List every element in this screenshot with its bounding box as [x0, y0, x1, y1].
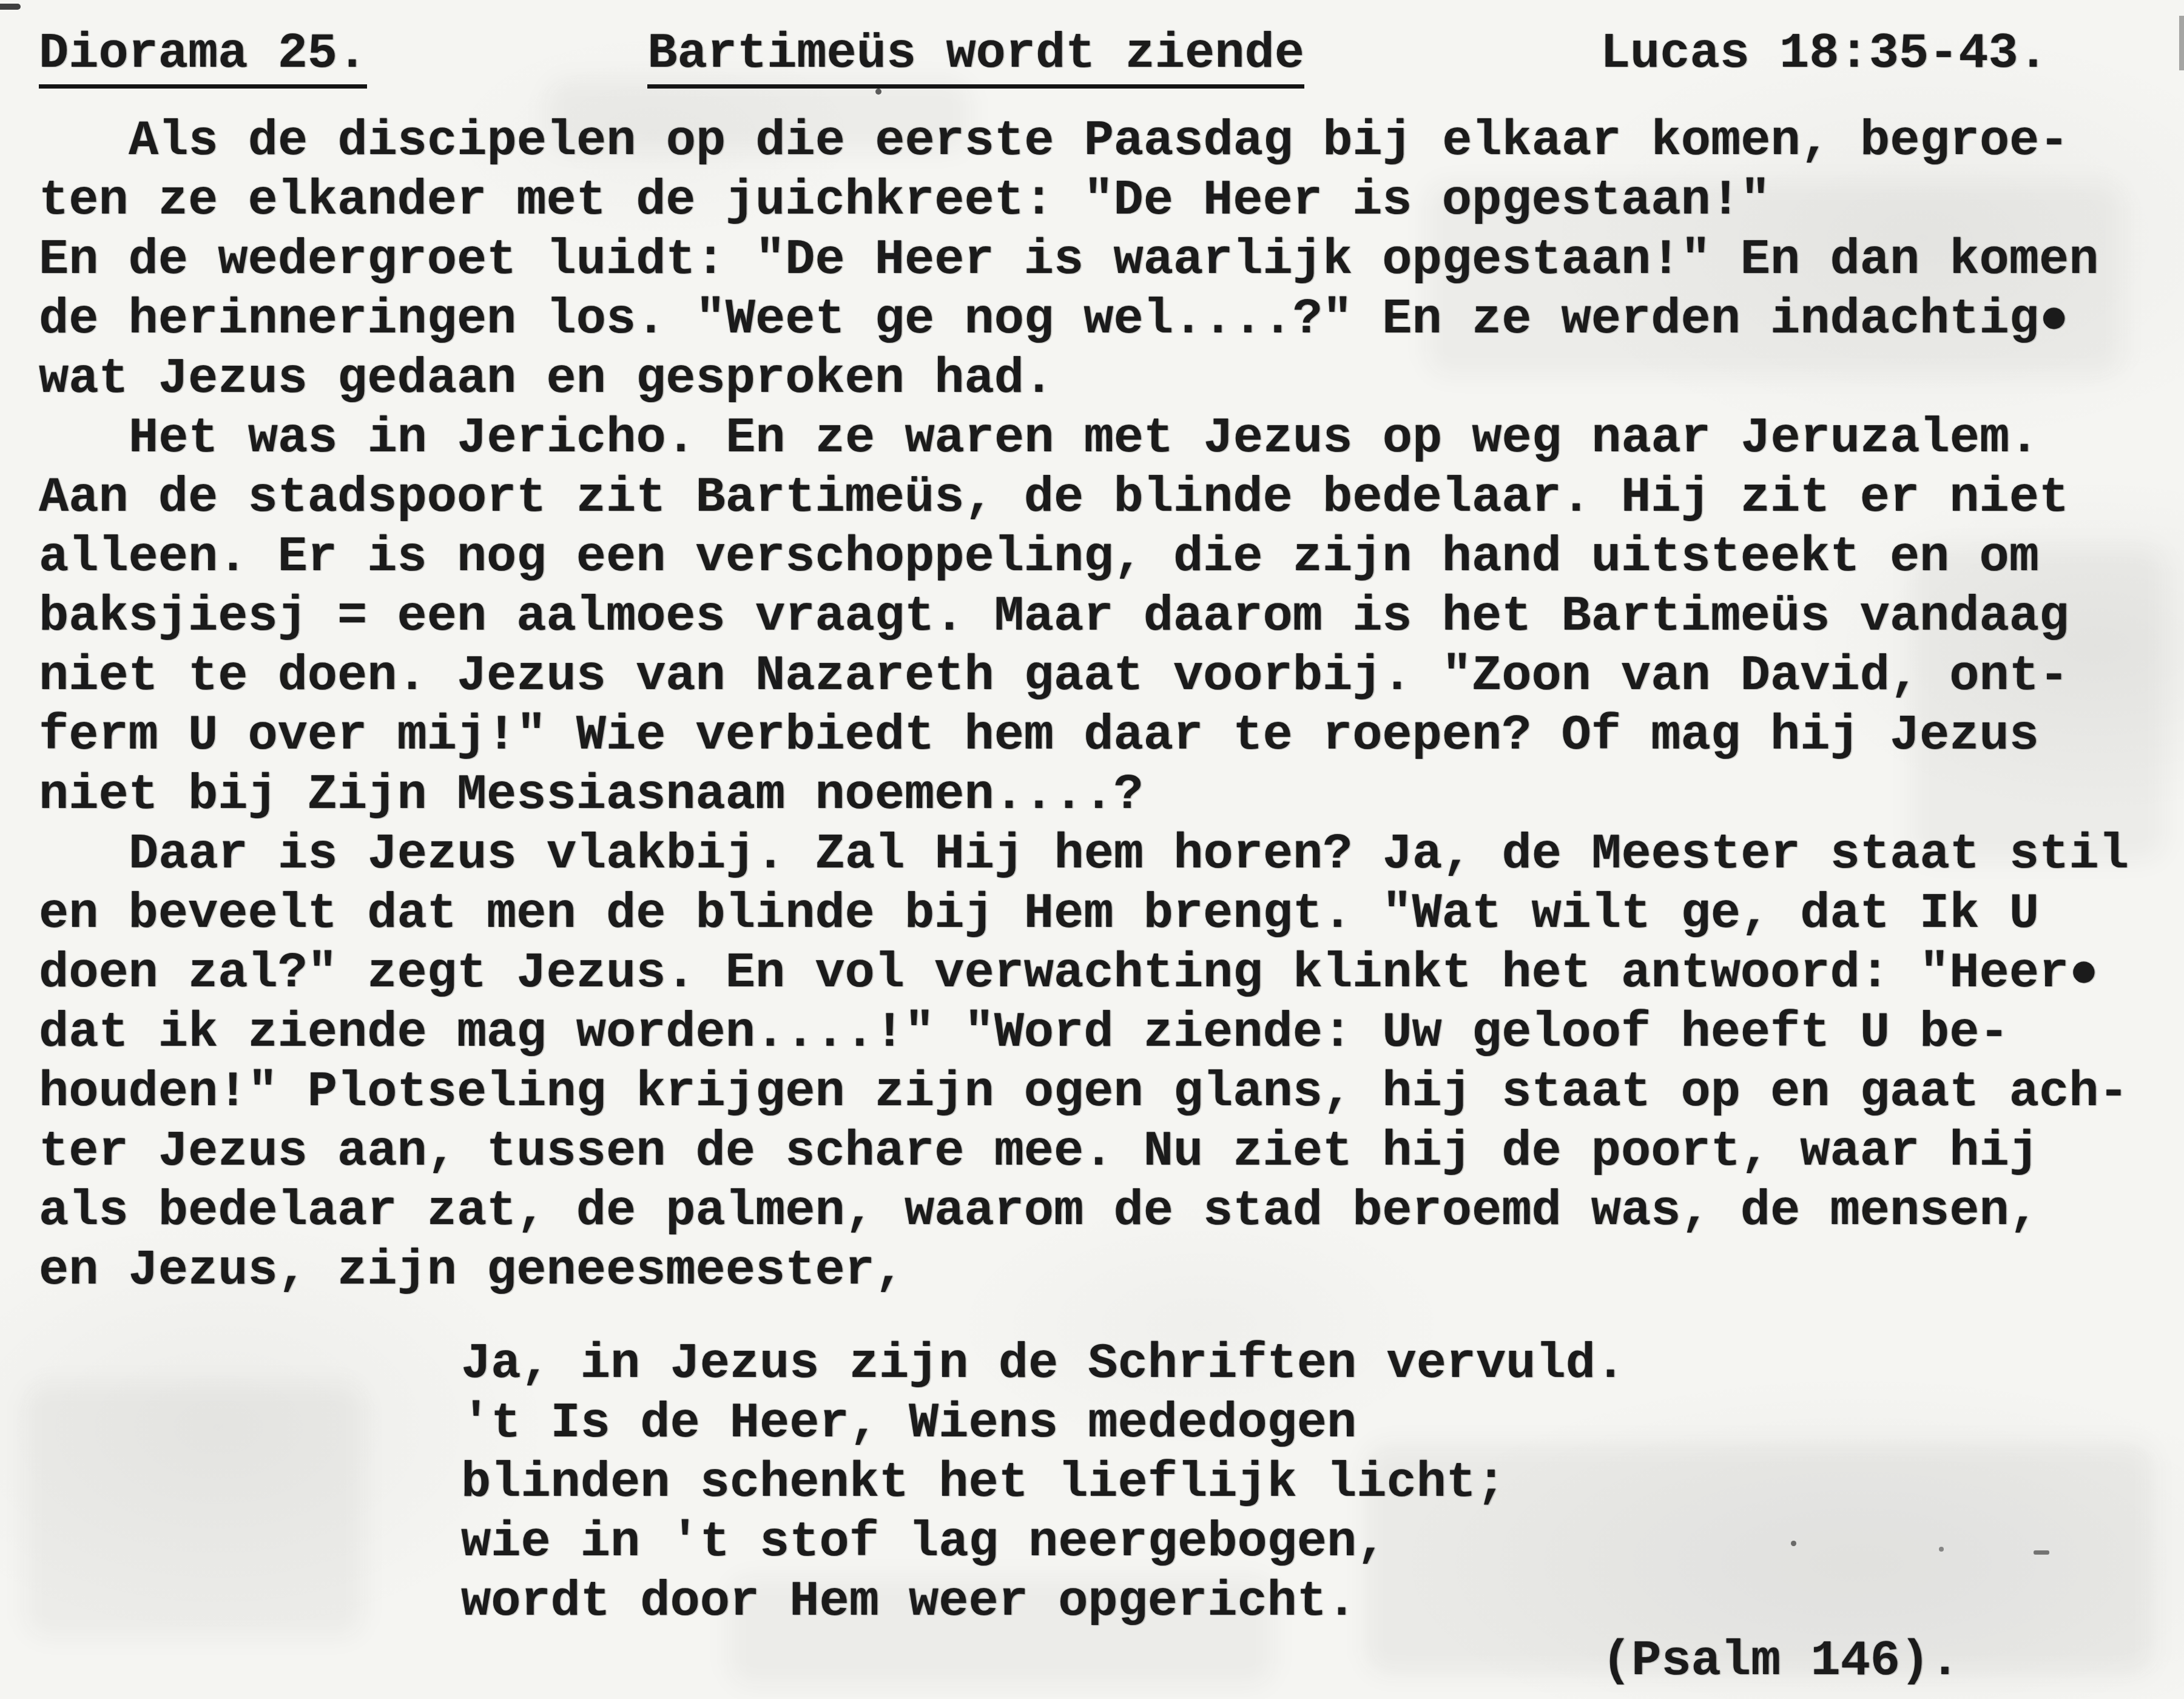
- body-line: niet te doen. Jezus van Nazareth gaat vo…: [39, 647, 2184, 706]
- body-line: en Jezus, zijn geneesmeester,: [39, 1241, 2184, 1300]
- page-title: Bartimeüs wordt ziende: [647, 25, 1304, 89]
- poem-line: 't Is de Heer, Wiens mededogen: [39, 1394, 2184, 1453]
- body-line: als bedelaar zat, de palmen, waarom de s…: [39, 1182, 2184, 1241]
- document-content: Diorama 25.Bartimeüs wordt ziendeLucas 1…: [0, 0, 2184, 1691]
- body-line: Daar is Jezus vlakbij. Zal Hij hem horen…: [39, 825, 2184, 884]
- poem-line: blinden schenkt het lieflijk licht;: [39, 1453, 2184, 1513]
- body-line: ferm U over mij!" Wie verbiedt hem daar …: [39, 706, 2184, 765]
- body-line: ten ze elkander met de juichkreet: "De H…: [39, 171, 2184, 230]
- body-line: baksjiesj = een aalmoes vraagt. Maar daa…: [39, 587, 2184, 647]
- body-line: ter Jezus aan, tussen de schare mee. Nu …: [39, 1122, 2184, 1182]
- scripture-reference: Lucas 18:35-43.: [1600, 25, 2048, 82]
- body-line: Het was in Jericho. En ze waren met Jezu…: [39, 409, 2184, 468]
- body-line: houden!" Plotseling krijgen zijn ogen gl…: [39, 1063, 2184, 1122]
- body-line: En de wedergroet luidt: "De Heer is waar…: [39, 230, 2184, 290]
- body-line: Als de discipelen op die eerste Paasdag …: [39, 112, 2184, 171]
- body-line: de herinneringen los. "Weet ge nog wel..…: [39, 290, 2184, 349]
- psalm-attribution: (Psalm 146).: [39, 1632, 2184, 1691]
- poem-line: wordt door Hem weer opgericht.: [39, 1572, 2184, 1632]
- body-line: Aan de stadspoort zit Bartimeüs, de blin…: [39, 468, 2184, 528]
- body-line: wat Jezus gedaan en gesproken had.: [39, 349, 2184, 409]
- scanned-typewritten-page: { "header": { "left": "Diorama 25.", "ce…: [0, 0, 2184, 1699]
- poem-line: wie in 't stof lag neergebogen,: [39, 1513, 2184, 1572]
- body-line: en beveelt dat men de blinde bij Hem bre…: [39, 884, 2184, 944]
- body-line: alleen. Er is nog een verschoppeling, di…: [39, 528, 2184, 587]
- body-line: doen zal?" zegt Jezus. En vol verwachtin…: [39, 944, 2184, 1003]
- poem-line: Ja, in Jezus zijn de Schriften vervuld.: [39, 1334, 2184, 1394]
- body-line: dat ik ziende mag worden....!" "Word zie…: [39, 1003, 2184, 1063]
- diorama-number: Diorama 25.: [39, 25, 367, 89]
- document-header: Diorama 25.Bartimeüs wordt ziendeLucas 1…: [39, 24, 2184, 84]
- body-line: niet bij Zijn Messiasnaam noemen....?: [39, 765, 2184, 825]
